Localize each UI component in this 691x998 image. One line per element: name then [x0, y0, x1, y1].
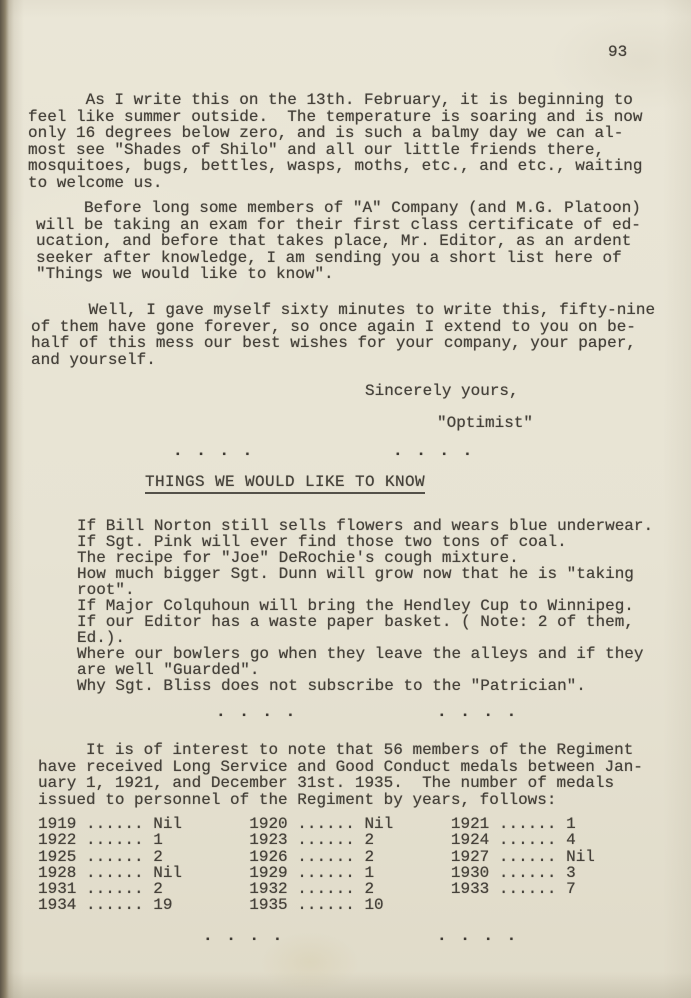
section-heading: THINGS WE WOULD LIKE TO KNOW [145, 474, 425, 494]
medal-row: 1931 ...... 2 1932 ...... 2 1933 ...... … [38, 881, 595, 897]
separator-dots: . . . . [393, 443, 474, 460]
medal-row: 1928 ...... Nil 1929 ...... 1 1930 .....… [38, 865, 595, 881]
book-binding-shadow [0, 0, 26, 998]
separator-dots: . . . . [437, 704, 518, 721]
letter-paragraph-3: Well, I gave myself sixty minutes to wri… [31, 302, 655, 368]
medal-row: 1934 ...... 19 1935 ...... 10 [38, 897, 595, 913]
scanned-page: 93 As I write this on the 13th. February… [0, 0, 691, 998]
separator-dots: . . . . [437, 928, 518, 945]
separator-dots: . . . . [173, 443, 254, 460]
letter-closing: Sincerely yours, [365, 383, 519, 400]
medals-table: 1919 ...... Nil 1920 ...... Nil 1921 ...… [38, 816, 595, 914]
list-item: Where our bowlers go when they leave the… [77, 646, 653, 678]
separator-dots: . . . . [203, 928, 284, 945]
list-item: The recipe for "Joe" DeRochie's cough mi… [77, 550, 653, 566]
medal-row: 1925 ...... 2 1926 ...... 2 1927 ...... … [38, 849, 595, 865]
medals-intro-paragraph: It is of interest to note that 56 member… [38, 742, 643, 808]
list-item: If our Editor has a waste paper basket. … [77, 614, 653, 646]
list-item: Why Sgt. Bliss does not subscribe to the… [77, 678, 653, 694]
letter-signature: "Optimist" [437, 415, 533, 432]
medal-row: 1919 ...... Nil 1920 ...... Nil 1921 ...… [38, 816, 595, 832]
list-item: If Sgt. Pink will ever find those two to… [77, 534, 653, 550]
medal-row: 1922 ...... 1 1923 ...... 2 1924 ...... … [38, 832, 595, 848]
list-item: How much bigger Sgt. Dunn will grow now … [77, 566, 653, 598]
things-list: If Bill Norton still sells flowers and w… [77, 518, 653, 694]
list-item: If Bill Norton still sells flowers and w… [77, 518, 653, 534]
letter-paragraph-2: Before long some members of "A" Company … [36, 200, 641, 283]
letter-paragraph-1: As I write this on the 13th. February, i… [28, 92, 643, 191]
list-item: If Major Colquhoun will bring the Hendle… [77, 598, 653, 614]
page-number: 93 [608, 44, 627, 61]
separator-dots: . . . . [216, 704, 297, 721]
